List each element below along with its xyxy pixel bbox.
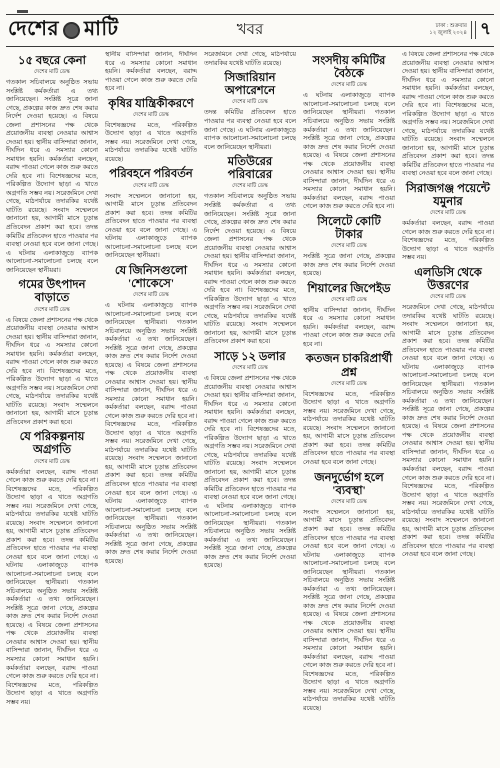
article-body: এ ঘটনায় এলাকাজুড়ে ব্যাপক আলোচনা-সমালোচ… xyxy=(105,302,197,566)
article-body: বিশেষজ্ঞদের মতে, পরিকল্পিত উদ্যোগ ছাড়া … xyxy=(105,122,197,165)
article-dateline: দেশের মাটি ডেস্ক xyxy=(204,99,296,107)
news-article: কতজন চাকরিপ্রার্থী প্রশ্নদেশের মাটি ডেস্… xyxy=(303,353,395,467)
article-headline: মতিউরের পরিবারের xyxy=(205,156,295,182)
article-body: স্থানীয় বাসিন্দারা জানান, দীর্ঘদিন ধরে … xyxy=(105,51,197,94)
article-dateline: দেশের মাটি ডেস্ক xyxy=(105,112,197,120)
news-article: সরেজমিনে দেখা গেছে, মাঠপর্যায়ে তদারকির … xyxy=(204,51,296,68)
article-dateline: দেশের মাটি ডেস্ক xyxy=(105,292,197,300)
article-body: সংশ্লিষ্ট সূত্রে জানা গেছে, প্রকল্পের কা… xyxy=(303,253,395,279)
article-body: সরেজমিনে দেখা গেছে, মাঠপর্যায়ে তদারকির … xyxy=(204,51,296,68)
article-dateline: দেশের মাটি ডেস্ক xyxy=(303,297,395,305)
masthead-mark xyxy=(17,10,28,13)
news-article: জনদুর্ভোগ হলে 'ব্যবস্থা'দেশের মাটি ডেস্ক… xyxy=(303,472,395,714)
news-article: স্থানীয় বাসিন্দারা জানান, দীর্ঘদিন ধরে … xyxy=(105,51,197,94)
news-column: ১৫ বছরে কেনাদেশের মাটি ডেস্কগতকাল সচিবাল… xyxy=(6,51,98,763)
article-body: বিশেষজ্ঞদের মতে, পরিকল্পিত উদ্যোগ ছাড়া … xyxy=(303,391,395,468)
article-headline: জনদুর্ভোগ হলে 'ব্যবস্থা' xyxy=(304,472,394,498)
date-block: ঢাকা : শুক্রবার ১২ জুলাই ২০২৪ xyxy=(429,23,467,38)
masthead-title-right: মাটি xyxy=(84,14,119,47)
news-article: কৃষির যান্ত্রিকীকরণেদেশের মাটি ডেস্কবিশে… xyxy=(105,98,197,165)
news-article: শিয়ালের জিপেইডদেশের মাটি ডেস্কস্থানীয় … xyxy=(303,283,395,350)
news-article: সিলেটে কোটি টাকারদেশের মাটি ডেস্কসংশ্লিষ… xyxy=(303,216,395,279)
article-headline: পরিবহনে পরিবর্তন xyxy=(106,168,196,181)
article-headline: কতজন চাকরিপ্রার্থী প্রশ্ন xyxy=(304,353,394,379)
news-column: সংসদীয় কমিটির বৈঠকেদেশের মাটি ডেস্কএ ঘট… xyxy=(303,51,395,763)
newspaper-page: দেশের মাটি খবর ঢাকা : শুক্রবার ১২ জুলাই … xyxy=(0,0,500,768)
article-body: এ বিষয়ে জেলা প্রশাসনের পক্ষ থেকে প্রয়ো… xyxy=(6,317,98,428)
article-headline: ১৫ বছরে কেনা xyxy=(7,55,97,68)
article-headline: সিরাজগঞ্জ পয়েন্টে যমুনার xyxy=(403,183,493,209)
article-body: এ বিষয়ে জেলা প্রশাসনের পক্ষ থেকে প্রয়ো… xyxy=(204,375,296,571)
page-header: দেশের মাটি খবর ঢাকা : শুক্রবার ১২ জুলাই … xyxy=(6,14,494,47)
article-headline: এলডিসি থেকে উত্তরণের xyxy=(403,267,493,293)
double-rule-divider xyxy=(471,21,476,39)
article-dateline: দেশের মাটি ডেস্ক xyxy=(303,243,395,251)
article-dateline: দেশের মাটি ডেস্ক xyxy=(204,365,296,373)
news-columns: ১৫ বছরে কেনাদেশের মাটি ডেস্কগতকাল সচিবাল… xyxy=(6,47,494,763)
article-headline: সিজারিয়ান অপারেশনে xyxy=(205,72,295,98)
article-body: স্থানীয় বাসিন্দারা জানান, দীর্ঘদিন ধরে … xyxy=(303,307,395,350)
article-body: কর্মকর্তারা বলছেন, বরাদ্দ পাওয়া গেলে কা… xyxy=(402,220,494,263)
masthead: দেশের মাটি xyxy=(8,14,119,47)
news-column: এ বিষয়ে জেলা প্রশাসনের পক্ষ থেকে প্রয়ো… xyxy=(402,51,494,763)
article-headline: যে জিনিসগুলো 'শোকেসে' xyxy=(106,265,196,291)
article-headline: কৃষির যান্ত্রিকীকরণে xyxy=(106,98,196,111)
article-dateline: দেশের মাটি ডেস্ক xyxy=(402,210,494,218)
news-article: যে জিনিসগুলো 'শোকেসে'দেশের মাটি ডেস্কএ ঘ… xyxy=(105,265,197,566)
article-dateline: দেশের মাটি ডেস্ক xyxy=(303,381,395,389)
article-headline: সাড়ে ১২ ডলার xyxy=(205,351,295,364)
news-article: এ বিষয়ে জেলা প্রশাসনের পক্ষ থেকে প্রয়ো… xyxy=(402,51,494,179)
article-dateline: দেশের মাটি ডেস্ক xyxy=(204,183,296,191)
news-article: যে পরিকল্পনায় অগ্রগতিদেশের মাটি ডেস্ককর… xyxy=(6,431,98,707)
article-body: তদন্ত কমিটির প্রতিবেদন হাতে পাওয়ার পর ব… xyxy=(204,109,296,152)
news-article: সিরাজগঞ্জ পয়েন্টে যমুনারদেশের মাটি ডেস্… xyxy=(402,183,494,263)
news-article: এলডিসি থেকে উত্তরণেরদেশের মাটি ডেস্কসরেজ… xyxy=(402,267,494,560)
masthead-title-left: দেশের xyxy=(8,14,59,47)
news-article: সিজারিয়ান অপারেশনেদেশের মাটি ডেস্কতদন্ত… xyxy=(204,72,296,152)
news-article: ১৫ বছরে কেনাদেশের মাটি ডেস্কগতকাল সচিবাল… xyxy=(6,55,98,275)
article-body: সরেজমিনে দেখা গেছে, মাঠপর্যায়ে তদারকির … xyxy=(402,304,494,559)
news-article: সংসদীয় কমিটির বৈঠকেদেশের মাটি ডেস্কএ ঘট… xyxy=(303,55,395,212)
article-headline: সিলেটে কোটি টাকার xyxy=(304,216,394,242)
article-headline: শিয়ালের জিপেইড xyxy=(304,283,394,296)
article-dateline: দেশের মাটি ডেস্ক xyxy=(303,499,395,507)
article-headline: গমের উৎপাদন বাড়াতে xyxy=(7,279,97,305)
article-headline: সংসদীয় কমিটির বৈঠকে xyxy=(304,55,394,81)
page-number: ৭ xyxy=(480,16,492,44)
article-dateline: দেশের মাটি ডেস্ক xyxy=(105,183,197,191)
masthead-logo-icon xyxy=(63,22,80,39)
article-body: সংবাদ সম্মেলনে জানানো হয়, আগামী মাসে চূ… xyxy=(303,509,395,713)
news-column: স্থানীয় বাসিন্দারা জানান, দীর্ঘদিন ধরে … xyxy=(105,51,197,763)
news-article: পরিবহনে পরিবর্তনদেশের মাটি ডেস্কসংবাদ সম… xyxy=(105,168,197,260)
article-headline: যে পরিকল্পনায় অগ্রগতি xyxy=(7,431,97,457)
header-date-page: ঢাকা : শুক্রবার ১২ জুলাই ২০২৪ ৭ xyxy=(429,16,492,44)
article-dateline: দেশের মাটি ডেস্ক xyxy=(303,82,395,90)
news-article: গমের উৎপাদন বাড়াতেদেশের মাটি ডেস্কএ বিষ… xyxy=(6,279,98,427)
article-dateline: দেশের মাটি ডেস্ক xyxy=(6,307,98,315)
news-article: মতিউরের পরিবারেরদেশের মাটি ডেস্কগতকাল সচ… xyxy=(204,156,296,347)
article-dateline: দেশের মাটি ডেস্ক xyxy=(402,294,494,302)
article-dateline: দেশের মাটি ডেস্ক xyxy=(6,459,98,467)
article-body: কর্মকর্তারা বলছেন, বরাদ্দ পাওয়া গেলে কা… xyxy=(6,469,98,707)
article-body: গতকাল সচিবালয়ে অনুষ্ঠিত সভায় সংশ্লিষ্ট… xyxy=(204,193,296,346)
article-body: এ ঘটনায় এলাকাজুড়ে ব্যাপক আলোচনা-সমালোচ… xyxy=(303,92,395,211)
date-line-1: ঢাকা : শুক্রবার xyxy=(429,23,467,30)
article-body: গতকাল সচিবালয়ে অনুষ্ঠিত সভায় সংশ্লিষ্ট… xyxy=(6,79,98,275)
article-dateline: দেশের মাটি ডেস্ক xyxy=(6,69,98,77)
article-body: সংবাদ সম্মেলনে জানানো হয়, আগামী মাসে চূ… xyxy=(105,193,197,261)
date-line-2: ১২ জুলাই ২০২৪ xyxy=(429,30,467,37)
news-article: সাড়ে ১২ ডলারদেশের মাটি ডেস্কএ বিষয়ে জে… xyxy=(204,351,296,571)
news-column: সরেজমিনে দেখা গেছে, মাঠপর্যায়ে তদারকির … xyxy=(204,51,296,763)
article-body: এ বিষয়ে জেলা প্রশাসনের পক্ষ থেকে প্রয়ো… xyxy=(402,51,494,179)
